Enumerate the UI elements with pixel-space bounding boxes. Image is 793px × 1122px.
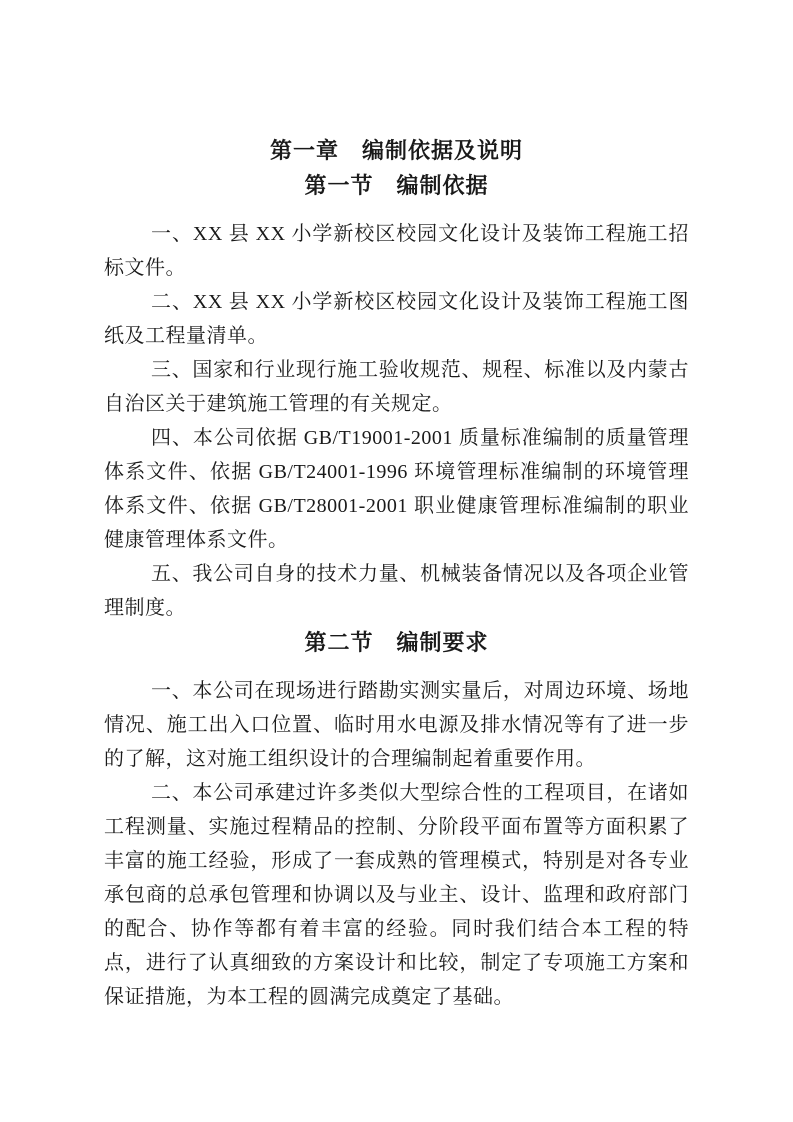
section-2-title: 第二节 编制要求: [104, 625, 689, 660]
chapter-title: 第一章 编制依据及说明: [104, 133, 689, 168]
body-paragraph: 三、国家和行业现行施工验收规范、规程、标准以及内蒙古自治区关于建筑施工管理的有关…: [104, 353, 689, 421]
section-1-title: 第一节 编制依据: [104, 168, 689, 203]
body-paragraph: 五、我公司自身的技术力量、机械装备情况以及各项企业管理制度。: [104, 557, 689, 625]
body-paragraph: 四、本公司依据 GB/T19001-2001 质量标准编制的质量管理体系文件、依…: [104, 421, 689, 557]
section-2: 第二节 编制要求 一、本公司在现场进行踏勘实测实量后，对周边环境、场地情况、施工…: [104, 625, 689, 1014]
body-paragraph: 一、XX 县 XX 小学新校区校园文化设计及装饰工程施工招标文件。: [104, 217, 689, 285]
body-paragraph: 二、本公司承建过许多类似大型综合性的工程项目，在诸如工程测量、实施过程精品的控制…: [104, 776, 689, 1014]
body-paragraph: 二、XX 县 XX 小学新校区校园文化设计及装饰工程施工图纸及工程量清单。: [104, 285, 689, 353]
document-page: 第一章 编制依据及说明 第一节 编制依据 一、XX 县 XX 小学新校区校园文化…: [0, 0, 793, 1122]
body-paragraph: 一、本公司在现场进行踏勘实测实量后，对周边环境、场地情况、施工出入口位置、临时用…: [104, 674, 689, 776]
section-1: 第一节 编制依据 一、XX 县 XX 小学新校区校园文化设计及装饰工程施工招标文…: [104, 168, 689, 625]
page-content: 第一章 编制依据及说明 第一节 编制依据 一、XX 县 XX 小学新校区校园文化…: [104, 133, 689, 1014]
